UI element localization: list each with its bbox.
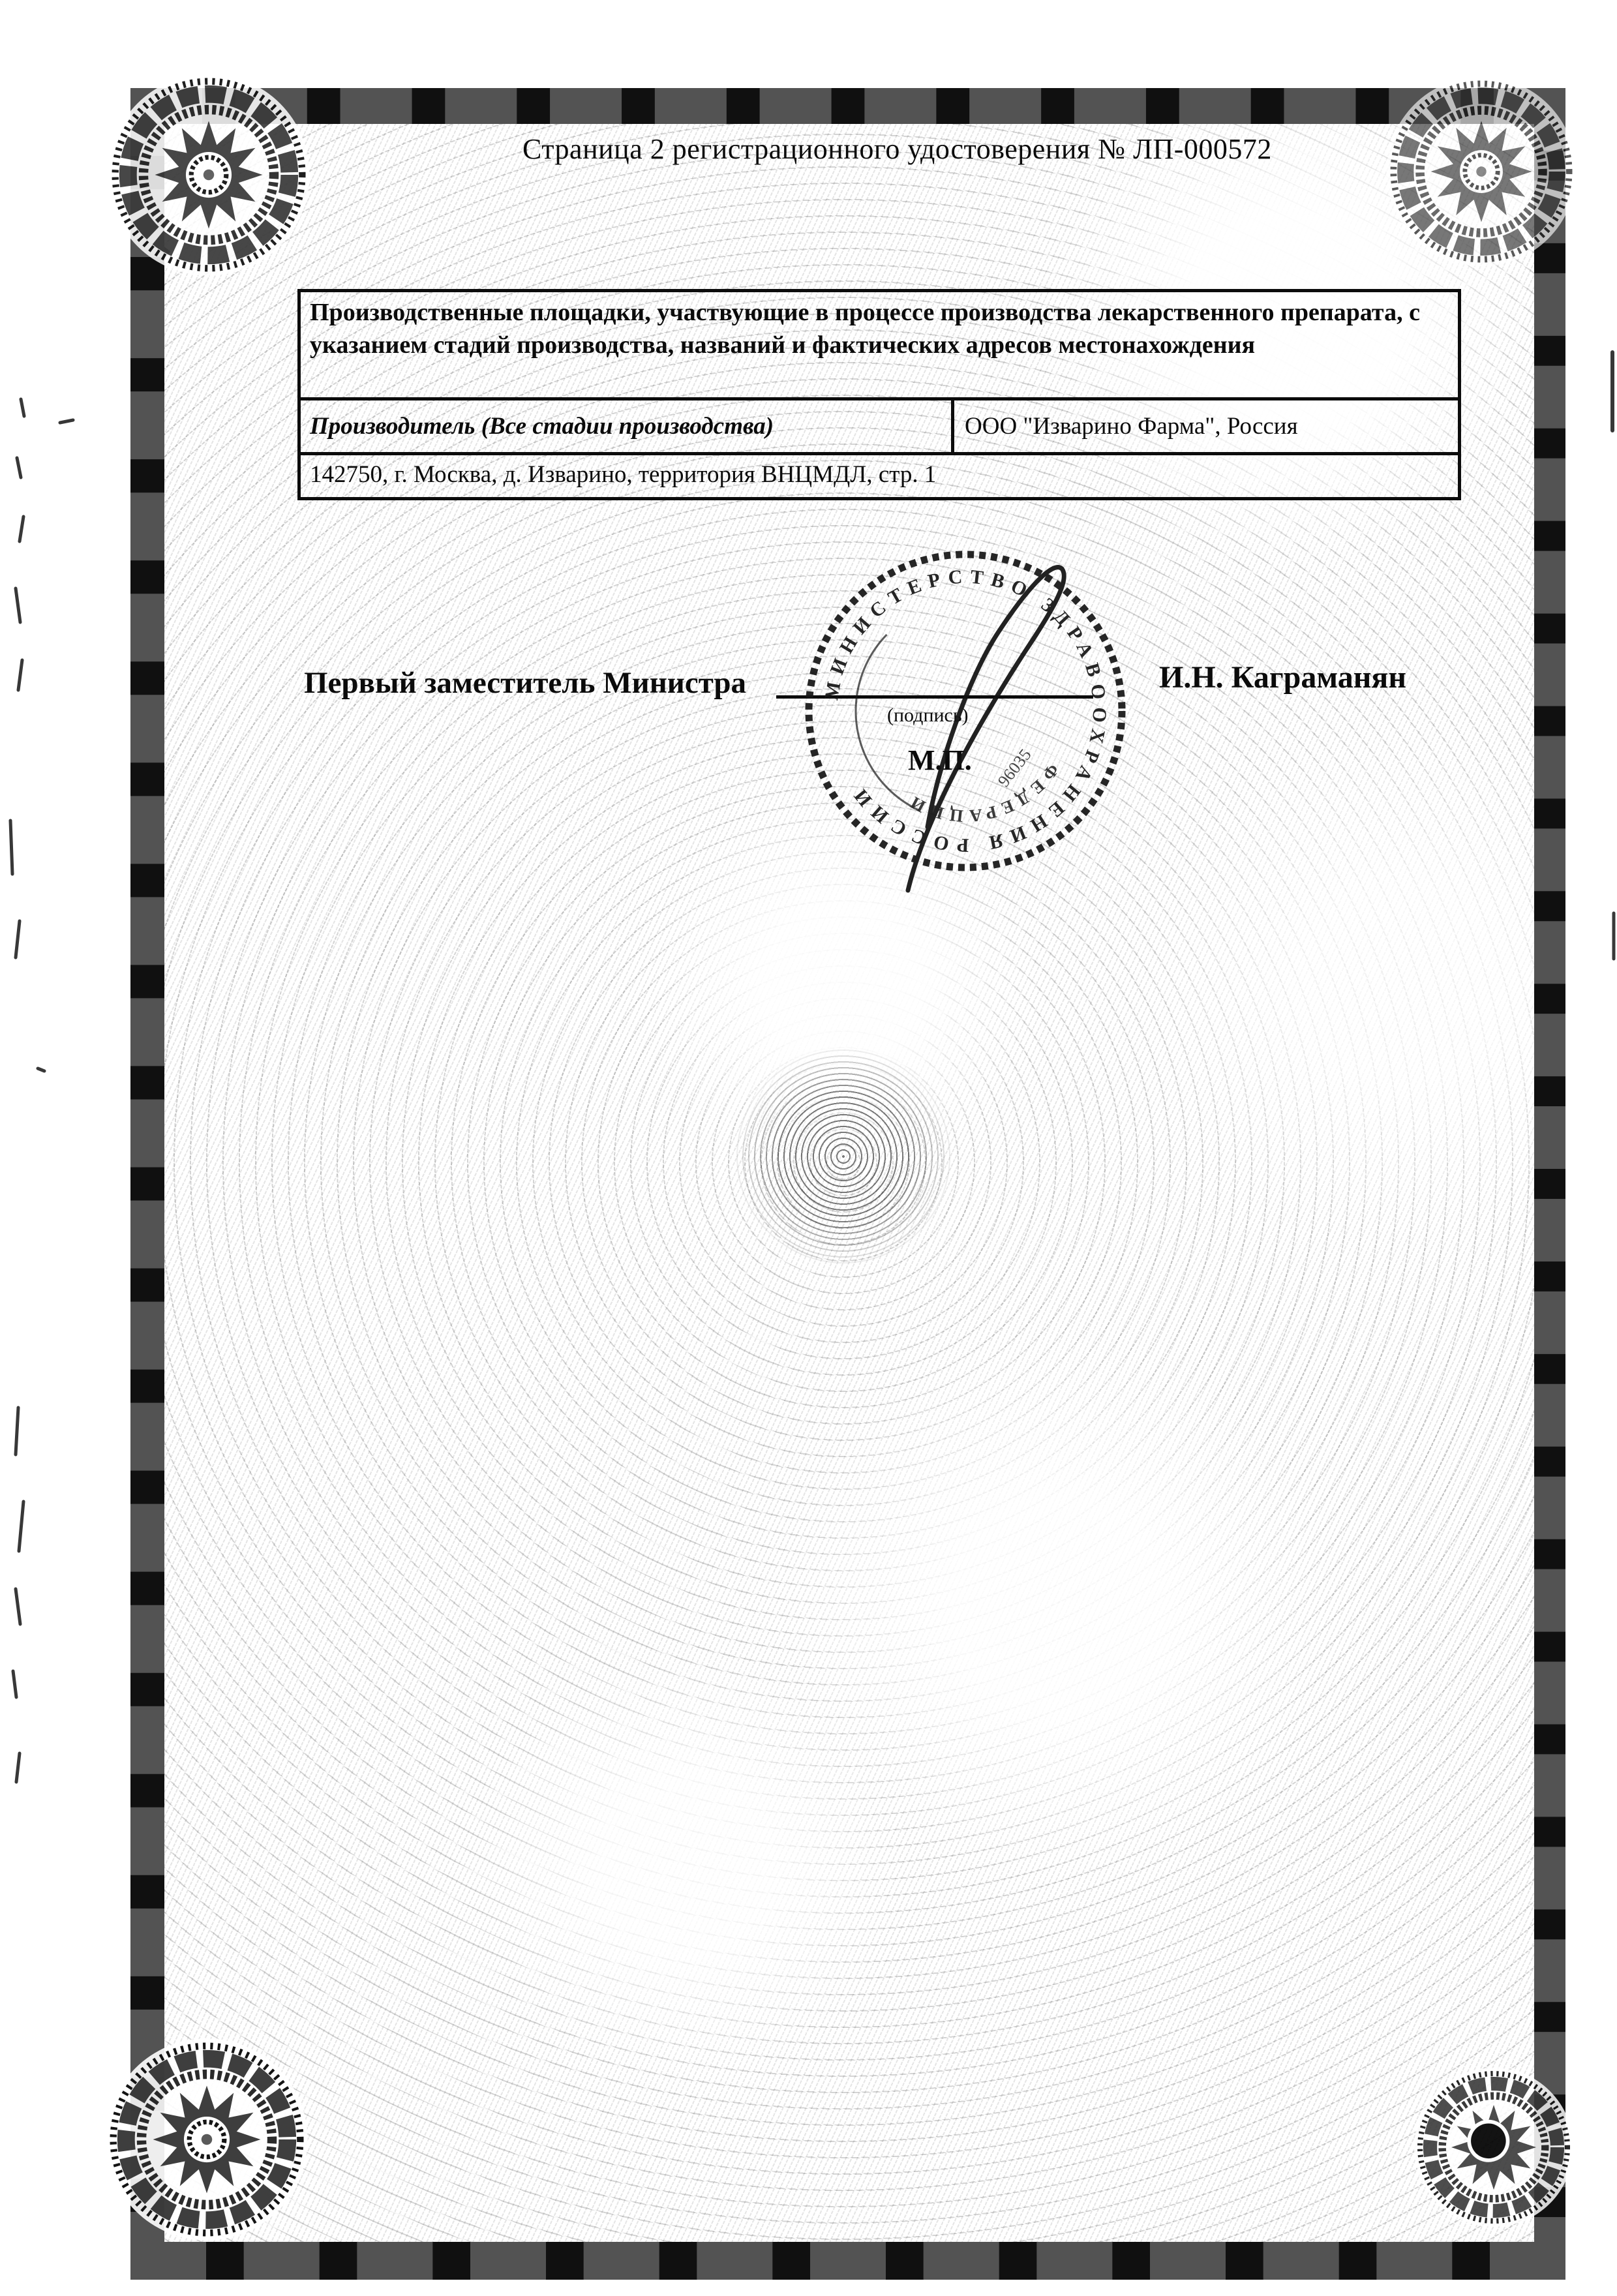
rosette-center-dot <box>1471 2123 1506 2158</box>
producer-address-cell: 142750, г. Москва, д. Изварино, территор… <box>301 455 1458 497</box>
corner-rosette-bottom-left <box>99 2032 314 2247</box>
production-sites-table: Производственные площадки, участвующие в… <box>297 289 1461 500</box>
producer-value-cell: ООО "Изварино Фарма", Россия <box>954 400 1458 452</box>
corner-rosette-top-right <box>1380 70 1582 273</box>
signatory-name: И.Н. Каграманян <box>1159 659 1406 695</box>
page-header: Страница 2 регистрационного удостоверени… <box>522 132 1272 166</box>
signatory-position-title: Первый заместитель Министра <box>304 665 746 701</box>
producer-row: Производитель (Все стадии производства) … <box>301 400 1458 455</box>
corner-rosette-top-left <box>101 67 316 282</box>
corner-rosette-bottom-right <box>1409 2062 1579 2232</box>
producer-label-cell: Производитель (Все стадии производства) <box>301 400 954 452</box>
table-description-cell: Производственные площадки, участвующие в… <box>301 292 1458 400</box>
ministry-round-stamp: МИНИСТЕРСТВО ЗДРАВООХРАНЕНИЯ РОССИИ ФЕДЕ… <box>783 522 1148 900</box>
scanned-certificate-page: Страница 2 регистрационного удостоверени… <box>0 0 1617 2296</box>
